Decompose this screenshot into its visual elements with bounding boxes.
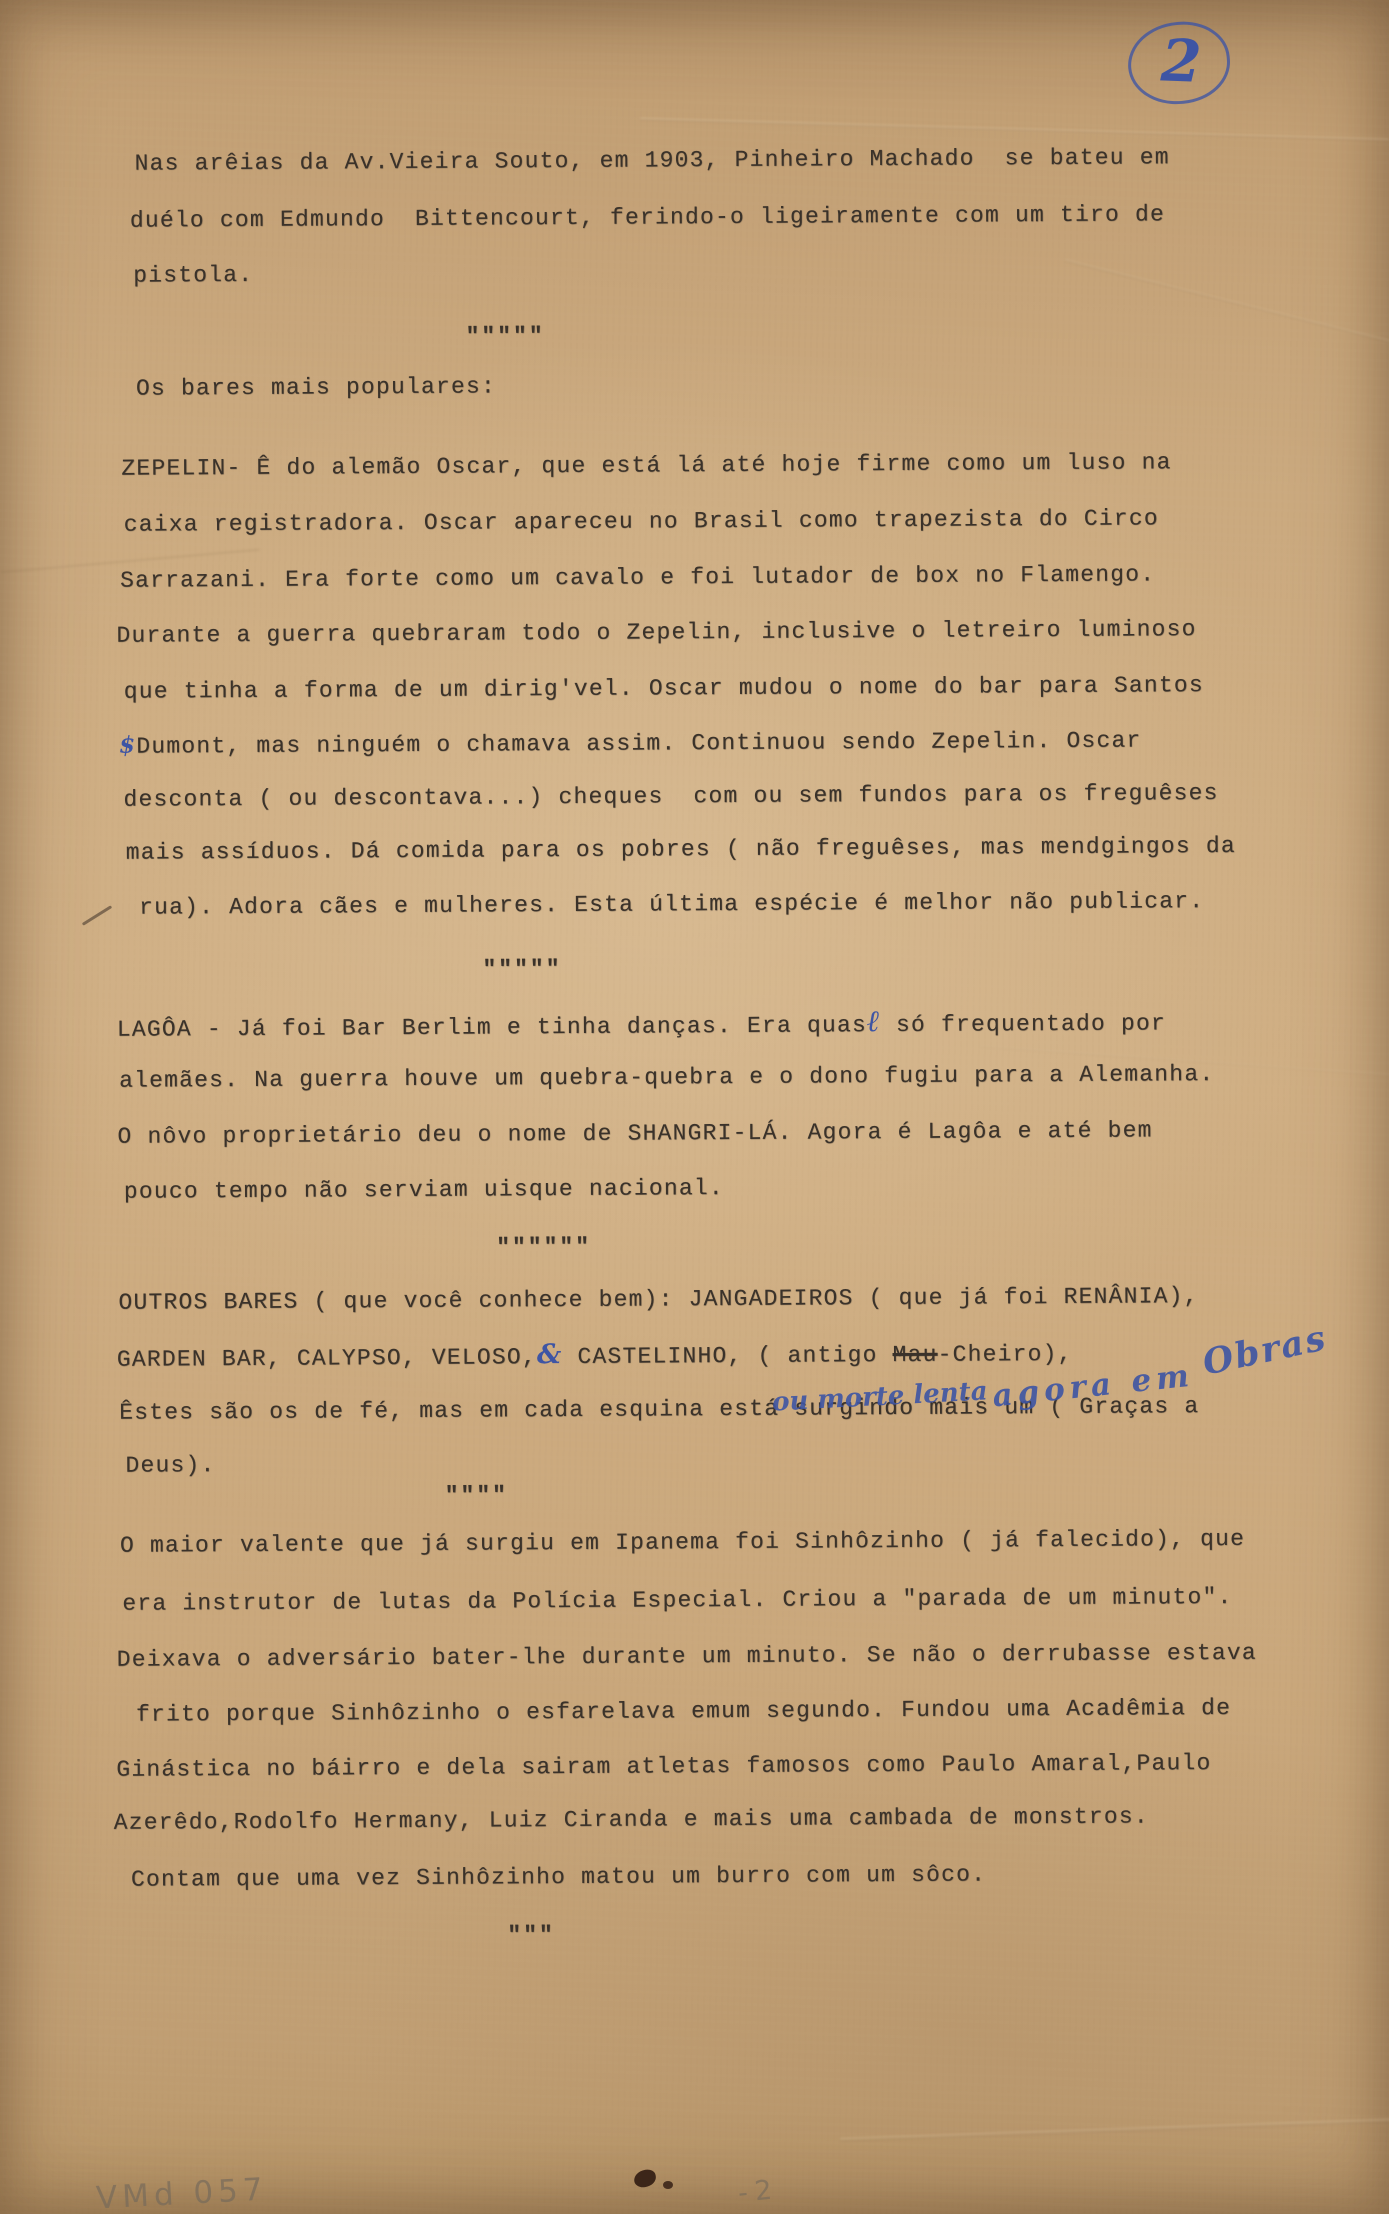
typed-line-valente-3: Deixava o adversário bater-lhe durante u… — [117, 1639, 1257, 1674]
page-number: 2 — [1160, 31, 1202, 90]
typed-line-zepelin-8: mais assíduos. Dá comida para os pobres … — [126, 832, 1236, 867]
typed-line-zepelin-9: rua). Adora cães e mulheres. Esta última… — [139, 887, 1204, 922]
typed-line-valente-1: O maior valente que já surgiu em Ipanema… — [120, 1525, 1245, 1560]
typed-text-block: Nas arêias da Av.Vieira Souto, em 1903, … — [0, 0, 1389, 2214]
handwritten-dumont-mark: $ — [119, 732, 136, 759]
typed-line-outros-2d-text: -Cheiro), — [937, 1341, 1072, 1368]
typed-line-outros-1: OUTROS BARES ( que você conhece bem): JA… — [118, 1282, 1198, 1317]
typed-line-outros-2: GARDEN BAR, CALYPSO, VELOSO,& CASTELINHO… — [117, 1338, 1073, 1374]
manuscript-page: Nas arêias da Av.Vieira Souto, em 1903, … — [0, 0, 1389, 2214]
typed-line-zepelin-3: Sarrazani. Era forte como um cavalo e fo… — [120, 560, 1155, 594]
typed-line-valente-6: Azerêdo,Rodolfo Hermany, Luiz Ciranda e … — [114, 1803, 1149, 1837]
typed-line-lagoa-1a-text: LAGÔA - Já foi Bar Berlim e tinha danças… — [117, 1012, 867, 1043]
typed-line-valente-5: Ginástica no báirro e dela sairam atleta… — [116, 1749, 1211, 1784]
typed-line-lagoa-2: alemães. Na guerra houve um quebra-quebr… — [119, 1060, 1214, 1095]
typed-line-intro-2: duélo com Edmundo Bittencourt, ferindo-o… — [130, 200, 1165, 234]
typed-line-outros-2a-text: GARDEN BAR, CALYPSO, VELOSO, — [117, 1344, 537, 1373]
typed-line-lagoa-1b-text: só frequentado por — [881, 1010, 1166, 1038]
typed-line-zepelin-1: ZEPELIN- Ê do alemão Oscar, que está lá … — [121, 448, 1171, 482]
typed-line-lagoa-4: pouco tempo não serviam uisque nacional. — [124, 1174, 724, 1206]
typed-line-zepelin-7: desconta ( ou descontava...) cheques com… — [123, 779, 1218, 814]
typed-line-intro-3: pistola. — [133, 261, 253, 290]
typed-line-valente-2: era instrutor de lutas da Polícia Especi… — [122, 1583, 1232, 1618]
bottom-pencil-mark: -2 — [736, 2174, 780, 2209]
section-separator: """"" — [482, 955, 561, 983]
section-separator: """" — [445, 1481, 508, 1509]
typed-line-valente-7: Contam que uma vez Sinhôzinho matou um b… — [131, 1860, 986, 1893]
handwritten-ampersand-mark: & — [537, 1339, 563, 1370]
typed-line-lagoa-3: O nôvo proprietário deu o nome de SHANGR… — [117, 1116, 1152, 1150]
section-separator: """""" — [496, 1233, 591, 1262]
typed-line-lagoa-1: LAGÔA - Já foi Bar Berlim e tinha danças… — [117, 1006, 1166, 1043]
typed-line-zepelin-6: $Dumont, mas ninguém o chamava assim. Co… — [119, 726, 1142, 761]
typed-line-zepelin-2: caixa registradora. Oscar apareceu no Br… — [124, 504, 1159, 538]
typed-line-outros-2b-text: CASTELINHO, ( antigo — [562, 1342, 892, 1370]
typed-line-zepelin-4: Durante a guerra quebraram todo o Zepeli… — [116, 615, 1196, 650]
struck-word-mau: Mau — [892, 1342, 937, 1368]
typed-line-bars-heading: Os bares mais populares: — [136, 372, 496, 402]
section-separator: """ — [507, 1921, 555, 1949]
typed-line-intro-1: Nas arêias da Av.Vieira Souto, em 1903, … — [134, 143, 1169, 177]
typed-line-outros-4: Deus). — [125, 1451, 215, 1480]
typed-line-zepelin-6-text: Dumont, mas ninguém o chamava assim. Con… — [136, 728, 1141, 760]
section-separator: """"" — [466, 322, 545, 350]
typed-line-valente-4: frito porque Sinhôzinho o esfarelava emu… — [136, 1694, 1231, 1729]
ink-blot — [663, 2181, 673, 2189]
handwritten-quase-correction: ℓ — [867, 1004, 881, 1039]
typed-line-zepelin-5: que tinha a forma de um dirig'vel. Oscar… — [124, 671, 1204, 706]
